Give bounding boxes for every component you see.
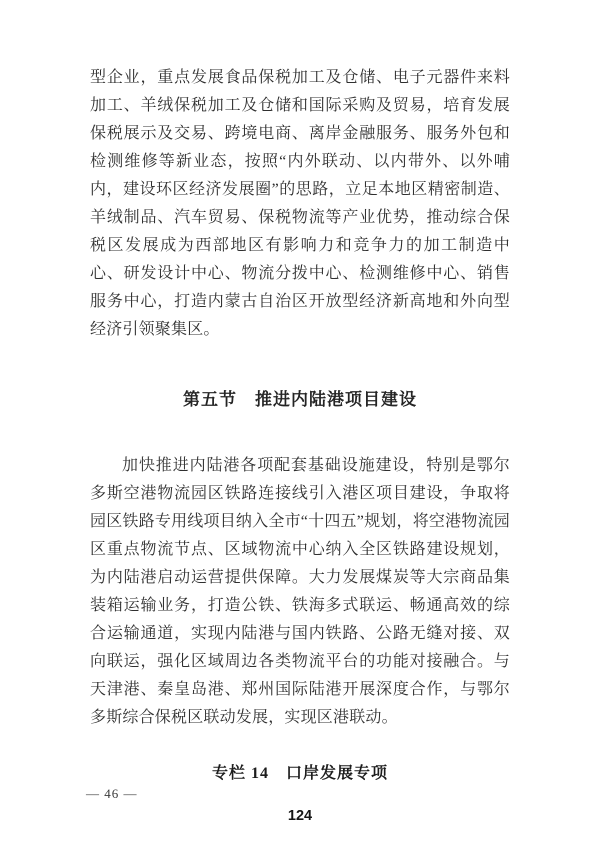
body-paragraph-2: 加快推进内陆港各项配套基础设施建设，特别是鄂尔多斯空港物流园区铁路连接线引入港区… [90, 452, 510, 732]
section-heading: 第五节 推进内陆港项目建设 [90, 386, 510, 414]
body-paragraph-1: 型企业，重点发展食品保税加工及仓储、电子元器件来料加工、羊绒保税加工及仓储和国际… [90, 64, 510, 344]
document-page: 型企业，重点发展食品保税加工及仓储、电子元器件来料加工、羊绒保税加工及仓储和国际… [0, 0, 600, 848]
document-text-block: 型企业，重点发展食品保税加工及仓储、电子元器件来料加工、羊绒保税加工及仓储和国际… [90, 64, 510, 786]
column-heading: 专栏 14 口岸发展专项 [90, 762, 510, 786]
document-page-number: — 46 — [86, 786, 138, 802]
viewer-page-number: 124 [0, 808, 600, 824]
